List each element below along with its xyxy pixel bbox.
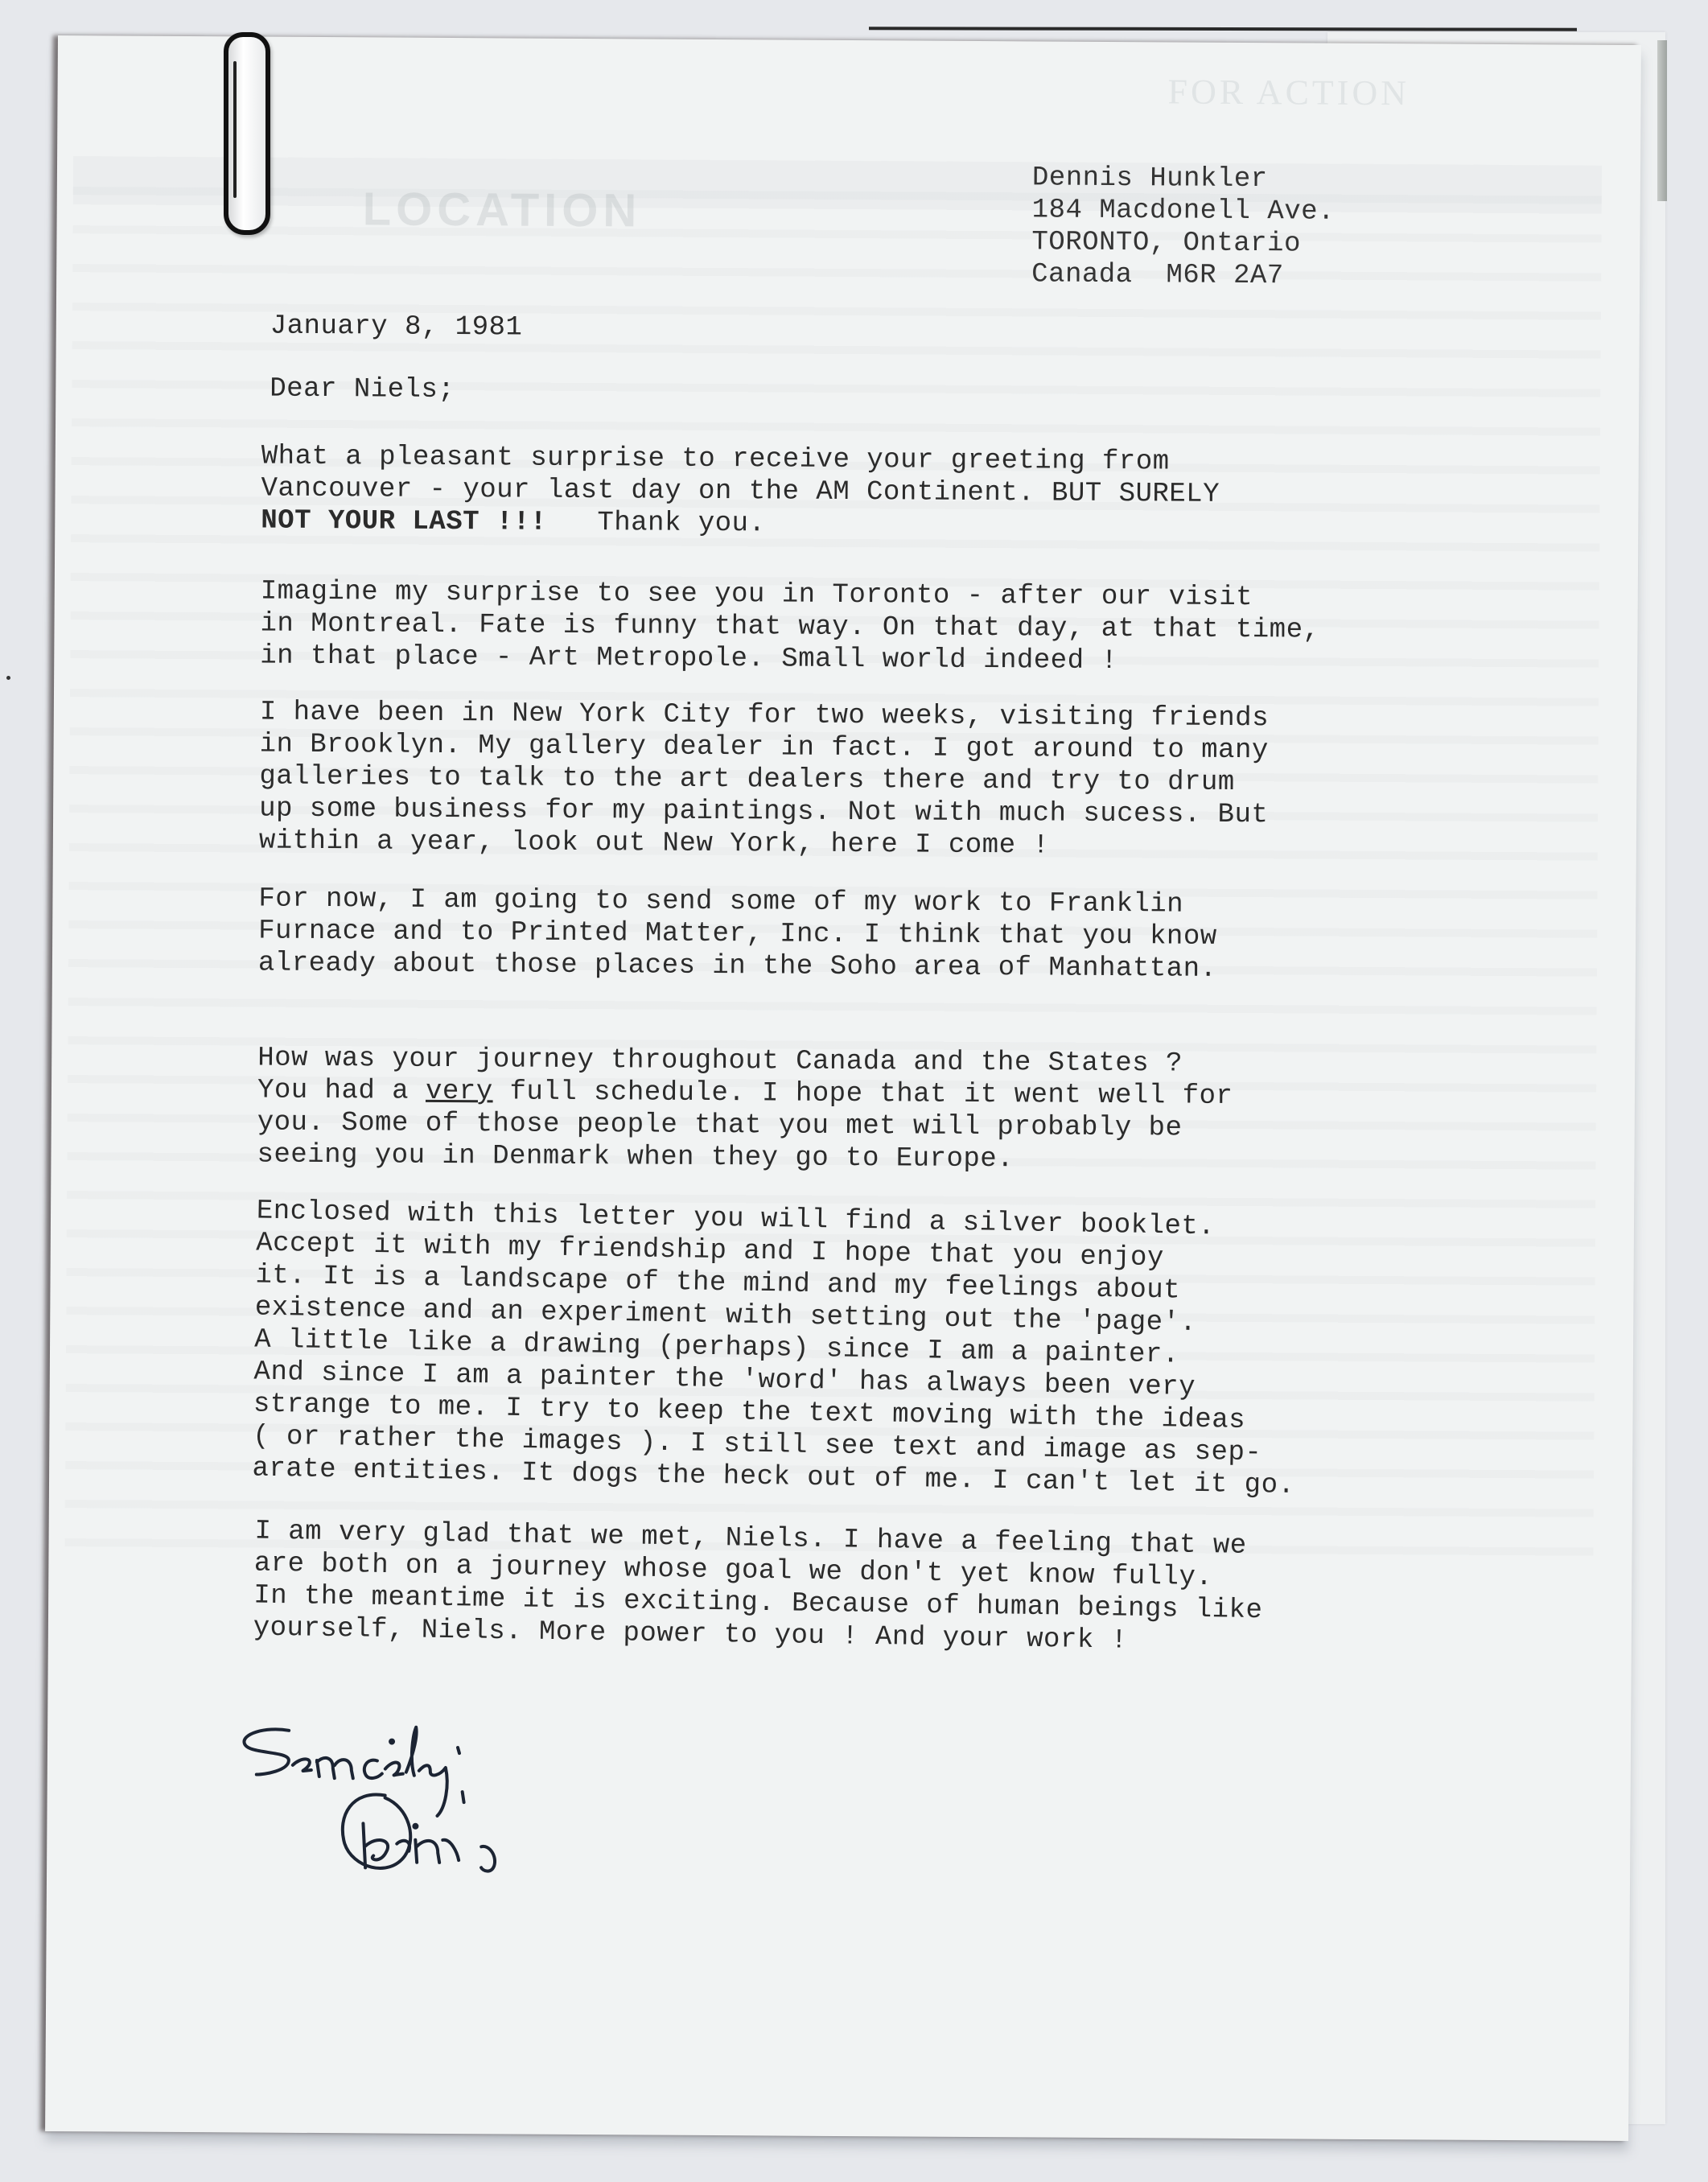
letter-sheet: LOCATION FOR ACTION Dennis Hunkler184 Ma… [45, 35, 1641, 2141]
show-through-heading-right: FOR ACTION [1167, 71, 1410, 113]
handwritten-signature: Sincerely, Dennis [216, 1694, 651, 1889]
paragraph-journey: How was your journey throughout Canada a… [257, 1043, 1233, 1177]
sender-city: TORONTO, Ontario [1031, 226, 1335, 260]
sender-street: 184 Macdonell Ave. [1032, 194, 1336, 228]
line-segment: full schedule. I hope that it went well … [493, 1077, 1233, 1112]
salutation: Dear Niels; [270, 373, 455, 406]
paperclip-icon [224, 32, 270, 235]
thanks-text: Thank you. [547, 508, 766, 540]
letter-date: January 8, 1981 [270, 311, 523, 344]
underlined-word: very [426, 1077, 493, 1108]
paragraph-line: already about those places in the Soho a… [258, 948, 1217, 986]
sender-name: Dennis Hunkler [1032, 162, 1336, 196]
line-segment: You had a [257, 1076, 426, 1107]
emphasis-text: NOT YOUR LAST !!! [261, 506, 547, 538]
paragraph-closing-thoughts: I am very glad that we met, Niels. I hav… [253, 1516, 1263, 1660]
paragraph-silver-booklet: Enclosed with this letter you will find … [252, 1196, 1299, 1502]
signature-strokes [216, 1694, 651, 1889]
return-address: Dennis Hunkler184 Macdonell Ave.TORONTO,… [1031, 162, 1335, 292]
sender-country-postal: Canada M6R 2A7 [1031, 258, 1335, 292]
paragraph-line: NOT YOUR LAST !!! Thank you. [261, 505, 1220, 543]
show-through-heading: LOCATION [362, 182, 641, 237]
paragraph-greeting: What a pleasant surprise to receive your… [261, 441, 1220, 543]
paragraph-line: in that place - Art Metropole. Small wor… [260, 640, 1319, 679]
paragraph-franklin-furnace: For now, I am going to send some of my w… [258, 883, 1217, 986]
stray-mark [6, 676, 10, 680]
paragraph-line: within a year, look out New York, here I… [259, 825, 1268, 864]
background-edge-line [869, 27, 1577, 31]
paragraph-line: seeing you in Denmark when they go to Eu… [257, 1139, 1233, 1177]
paragraph-new-york: I have been in New York City for two wee… [259, 697, 1269, 864]
paragraph-toronto: Imagine my surprise to see you in Toront… [260, 576, 1320, 679]
underlying-sheet-edge [1657, 40, 1667, 201]
